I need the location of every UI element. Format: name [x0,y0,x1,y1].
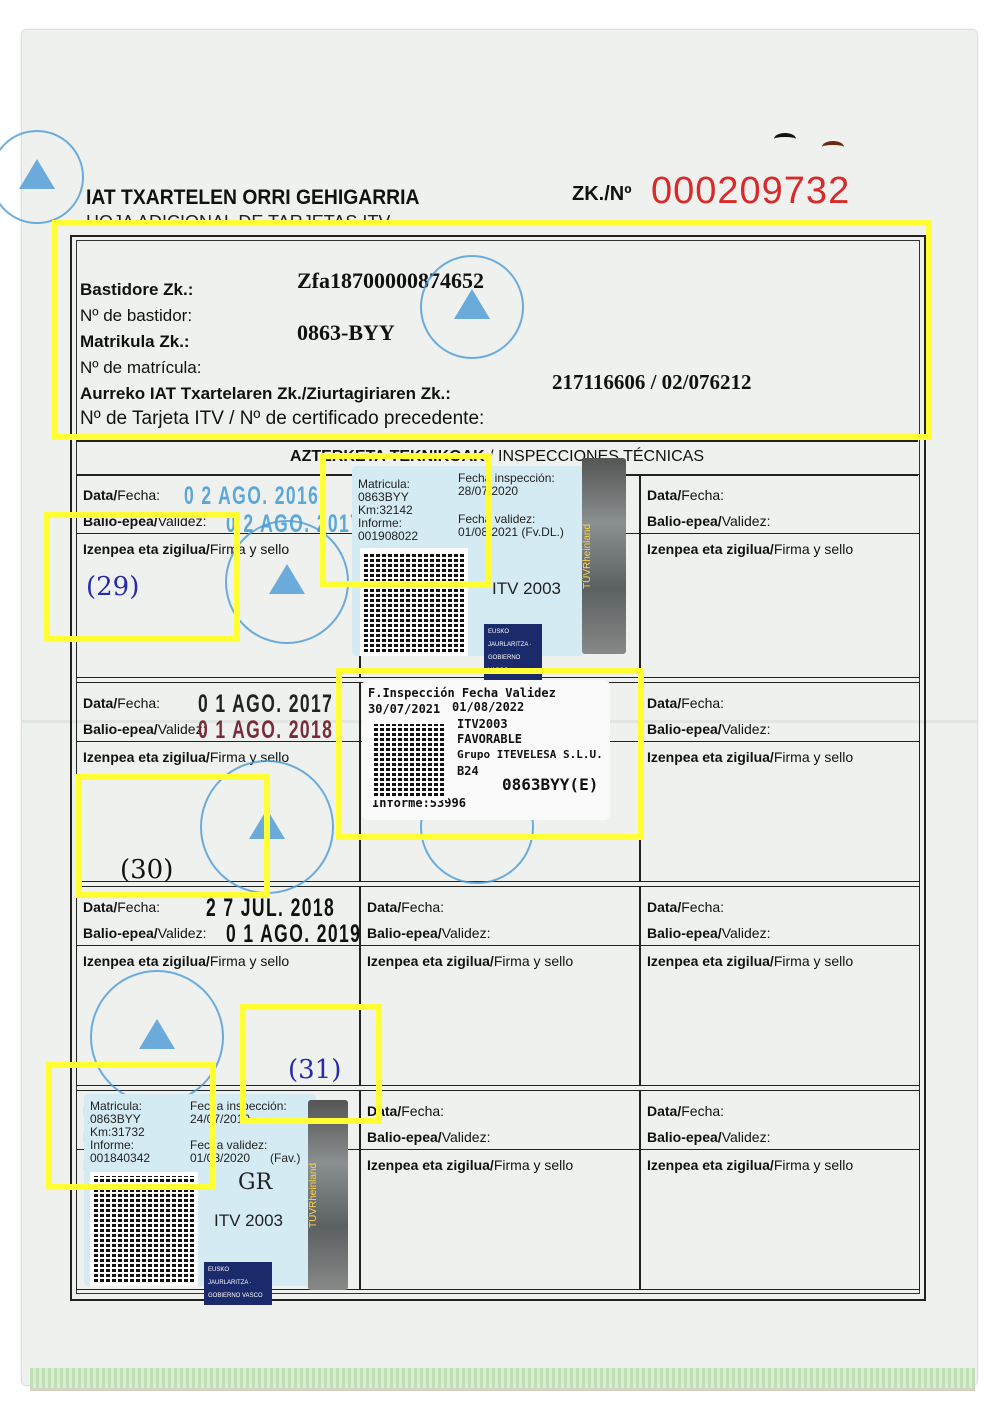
date-label: Data/Fecha: [647,695,724,711]
highlight-sticker-2019 [46,1062,216,1190]
date-label: Data/Fecha: [83,487,160,503]
sign-label-es: Firma y sello [774,749,853,765]
highlight-sticker-2020 [320,453,492,587]
inspection-cell: Data/Fecha:Balio-epea/Validez:Izenpea et… [360,886,640,1086]
validity-label-es: Validez: [442,925,491,941]
sign-label: Izenpea eta zigilua/Firma y sello [647,541,853,557]
date-label: Data/Fecha: [83,695,160,711]
sign-label: Izenpea eta zigilua/Firma y sello [83,953,289,969]
sticker-station: ITV 2003 [492,582,561,595]
date-label-es: Fecha: [681,1103,724,1119]
tuv-hologram: TÜVRheinland [582,458,626,654]
highlight-sticker-2021 [336,668,644,840]
sign-label: Izenpea eta zigilua/Firma y sello [367,953,573,969]
title-basque: IAT TXARTELEN ORRI GEHIGARRIA [86,186,419,210]
sign-label-es: Firma y sello [494,953,573,969]
sign-label-eu: Izenpea eta zigilua/ [367,1157,494,1173]
tuv-hologram: TÜVRheinland [308,1100,348,1290]
sign-label-es: Firma y sello [494,1157,573,1173]
sign-label: Izenpea eta zigilua/Firma y sello [367,1157,573,1173]
date-label-es: Fecha: [681,487,724,503]
validity-label-es: Validez: [158,925,207,941]
date-label: Data/Fecha: [367,899,444,915]
validity-label: Balio-epea/Validez: [647,1129,770,1145]
date-label-es: Fecha: [681,695,724,711]
date-label-es: Fecha: [117,487,160,503]
date-label-es: Fecha: [117,695,160,711]
inspection-cell: Data/Fecha:Balio-epea/Validez:Izenpea et… [640,886,920,1086]
validity-label: Balio-epea/Validez: [83,925,206,941]
highlight-note-29 [44,512,240,642]
inspection-3-date: 2 7 JUL. 2018 [206,894,335,923]
sign-label-es: Firma y sello [774,1157,853,1173]
validity-label-eu: Balio-epea/ [367,925,442,941]
inspection-cell: Data/Fecha:Balio-epea/Validez:Izenpea et… [640,1090,920,1290]
sign-label: Izenpea eta zigilua/Firma y sello [647,953,853,969]
inspection-1-date: 0 2 AGO. 2016 [184,482,319,511]
sign-label-es: Firma y sello [774,541,853,557]
document-number: 000209732 [651,170,850,213]
validity-label-es: Validez: [442,1129,491,1145]
date-label: Data/Fecha: [647,899,724,915]
date-label-eu: Data/ [647,487,681,503]
inspection-cell: Data/Fecha:Balio-epea/Validez:Izenpea et… [640,474,920,678]
sign-label-eu: Izenpea eta zigilua/ [647,953,774,969]
date-label-es: Fecha: [401,899,444,915]
sign-label: Izenpea eta zigilua/Firma y sello [647,749,853,765]
page-edge-strip [30,1368,975,1391]
staple-mark [822,141,844,153]
sign-label-eu: Izenpea eta zigilua/ [647,749,774,765]
sign-label-es: Firma y sello [210,953,289,969]
validity-label-eu: Balio-epea/ [647,1129,722,1145]
validity-label-es: Validez: [722,721,771,737]
date-label-eu: Data/ [83,899,117,915]
gov-logo: EUSKO JAURLARITZA · GOBIERNO VASCO [204,1262,272,1305]
date-label-eu: Data/ [83,487,117,503]
validity-label: Balio-epea/Validez: [647,513,770,529]
sticker-station: ITV 2003 [214,1214,283,1227]
validity-label-es: Validez: [722,925,771,941]
validity-label-eu: Balio-epea/ [83,925,158,941]
sign-label-eu: Izenpea eta zigilua/ [647,1157,774,1173]
highlight-note-30 [76,774,270,898]
date-label-es: Fecha: [681,899,724,915]
date-label-eu: Data/ [367,899,401,915]
cell-divider [361,945,639,946]
cell-divider [641,945,919,946]
validity-label-eu: Balio-epea/ [647,925,722,941]
inspection-cell: Data/Fecha:Balio-epea/Validez:Izenpea et… [640,682,920,882]
inspection-2-date: 0 1 AGO. 2017 [198,690,333,719]
cell-divider [641,533,919,534]
highlight-vehicle-info [52,220,932,440]
date-label: Data/Fecha: [647,1103,724,1119]
number-label: ZK./Nº [572,183,632,206]
inspection-cell: Data/Fecha:Balio-epea/Validez:Izenpea et… [360,1090,640,1290]
date-label-es: Fecha: [401,1103,444,1119]
sign-label-es: Firma y sello [774,953,853,969]
sign-label-eu: Izenpea eta zigilua/ [647,541,774,557]
validity-label: Balio-epea/Validez: [647,925,770,941]
inspection-3-validity: 0 1 AGO. 2019 [226,920,361,949]
validity-label-eu: Balio-epea/ [647,513,722,529]
sign-label-eu: Izenpea eta zigilua/ [83,953,210,969]
sticker-initials: GR [238,1176,272,1189]
highlight-note-31 [240,1004,382,1124]
validity-label: Balio-epea/Validez: [647,721,770,737]
staple-mark [774,133,796,145]
sign-label-eu: Izenpea eta zigilua/ [83,749,210,765]
cell-divider [641,741,919,742]
cell-divider [361,1149,639,1150]
date-label-eu: Data/ [647,695,681,711]
date-label: Data/Fecha: [83,899,160,915]
inspection-2-validity: 0 1 AGO. 2018 [198,716,333,745]
validity-label: Balio-epea/Validez: [367,1129,490,1145]
validity-label-eu: Balio-epea/ [647,721,722,737]
date-label: Data/Fecha: [647,487,724,503]
sign-label: Izenpea eta zigilua/Firma y sello [647,1157,853,1173]
cell-divider [641,1149,919,1150]
date-label-eu: Data/ [647,899,681,915]
validity-label-es: Validez: [722,1129,771,1145]
sign-label-eu: Izenpea eta zigilua/ [367,953,494,969]
date-label-eu: Data/ [647,1103,681,1119]
validity-label: Balio-epea/Validez: [367,925,490,941]
validity-label: Balio-epea/Validez: [83,721,206,737]
date-label-es: Fecha: [117,899,160,915]
date-label-eu: Data/ [83,695,117,711]
validity-label-es: Validez: [722,513,771,529]
validity-label-eu: Balio-epea/ [367,1129,442,1145]
validity-label-eu: Balio-epea/ [83,721,158,737]
sticker-result: (Fav.) [270,1152,300,1165]
